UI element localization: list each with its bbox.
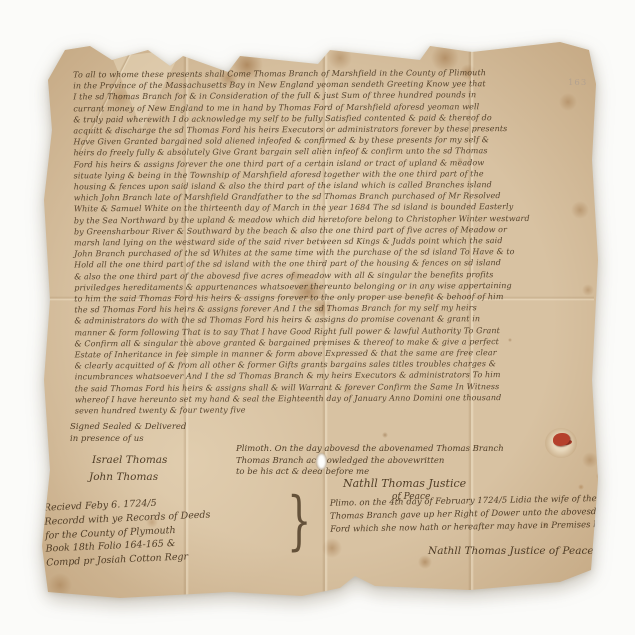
deed-paper: To all to whome these presents shall Com… xyxy=(40,40,602,602)
dower-release-block: Plimo. on the 4th day of February 1724/5… xyxy=(330,492,635,536)
curly-brace: } xyxy=(287,489,311,553)
photo-of-document: To all to whome these presents shall Com… xyxy=(0,0,635,635)
acknowledgment-block: Plimoth. On the day abovesd the abovenam… xyxy=(236,444,504,479)
paper-hole xyxy=(316,453,327,470)
deed-paper-wrapper: To all to whome these presents shall Com… xyxy=(40,40,602,602)
justice-signature: Nathll Thomas Justice xyxy=(343,477,466,490)
pencil-folio-number: 163 xyxy=(568,78,587,88)
signed-sealed-block: Signed Sealed & Delivered in presence of… xyxy=(70,422,186,445)
recording-note-block: Recievd Feby 6. 1724/5 Recordd with ye R… xyxy=(44,494,213,570)
deed-body-text: To all to whome these presents shall Com… xyxy=(73,67,595,417)
justice-signature-dower: Nathll Thomas Justice of Peace xyxy=(428,545,594,557)
witness-signature-israel-thomas: Israel Thomas xyxy=(92,454,167,466)
witness-signature-john-thomas: John Thomas xyxy=(89,471,158,483)
